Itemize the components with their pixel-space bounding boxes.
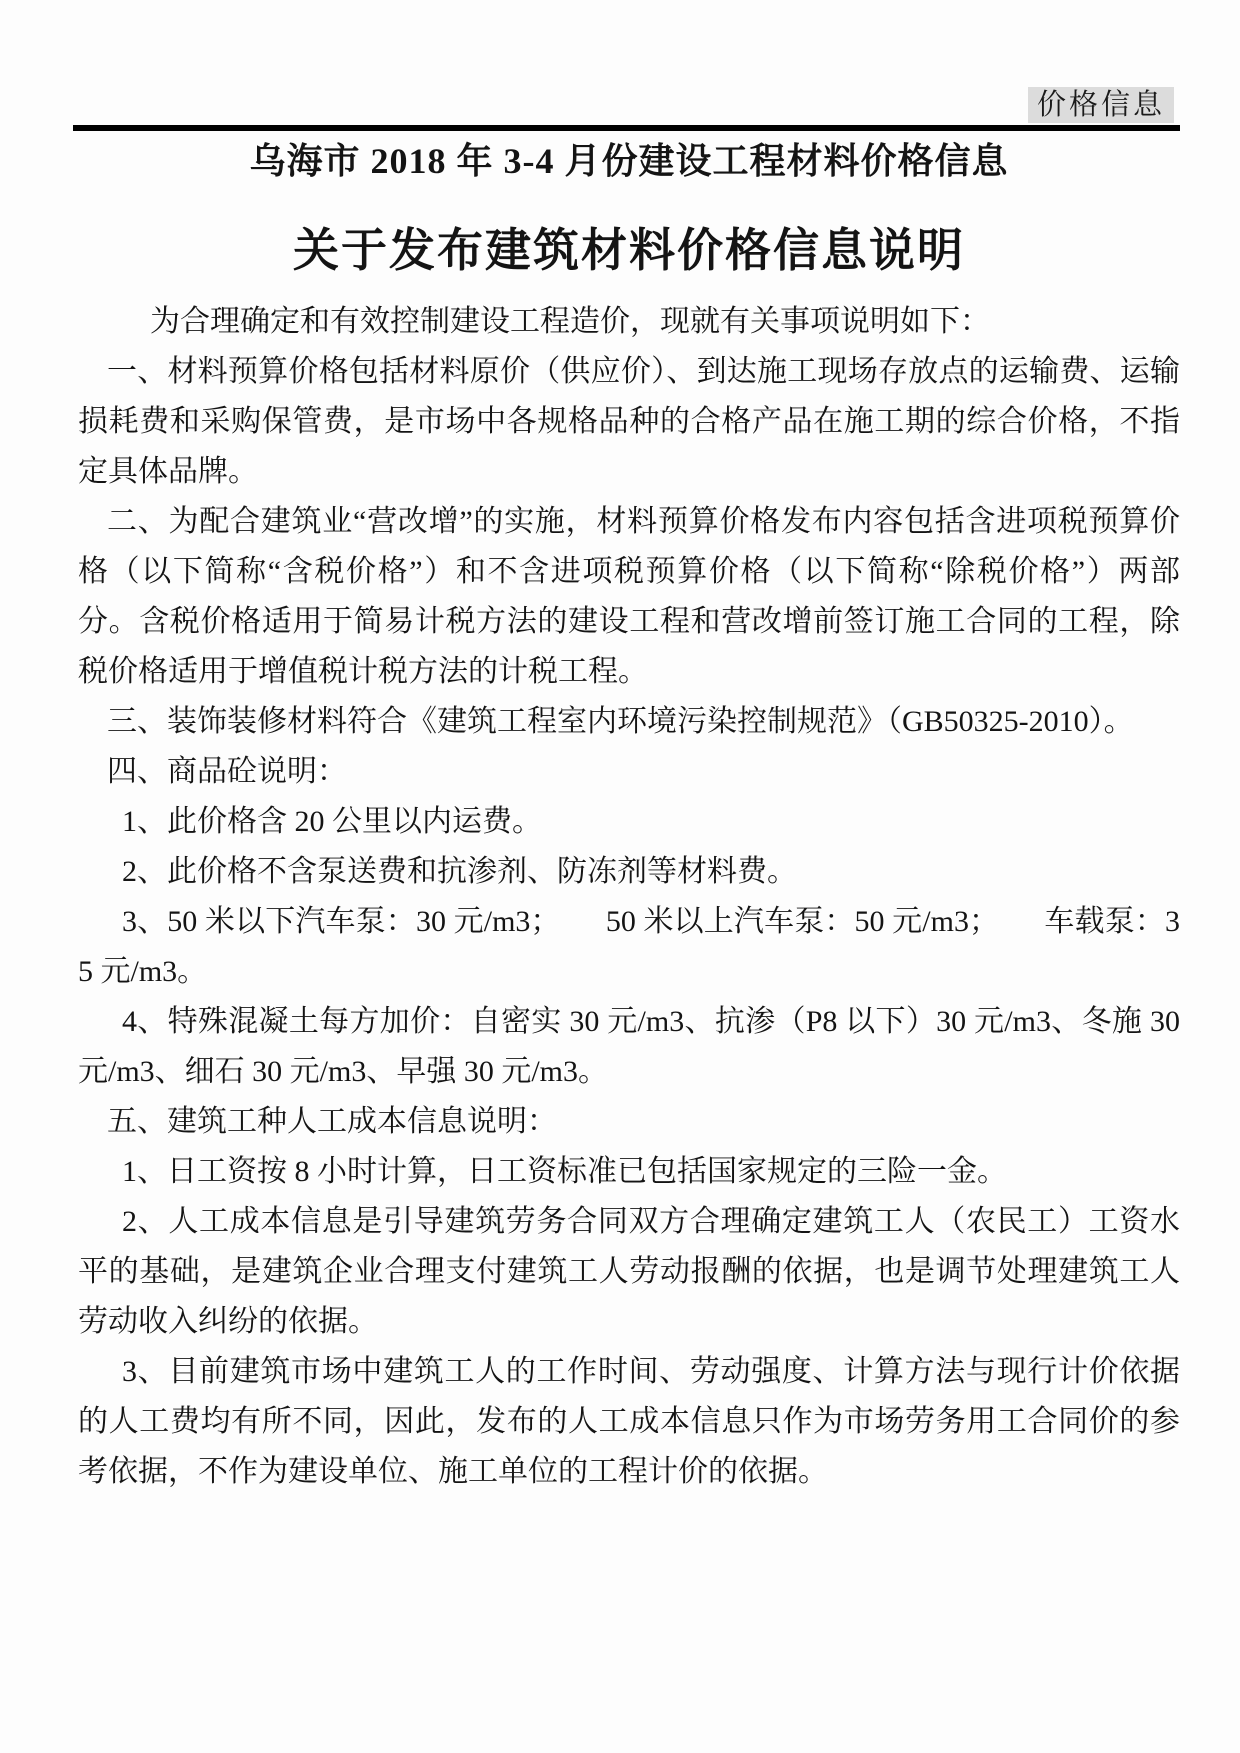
paragraph-section-4-item-1: 1、此价格含 20 公里以内运费。 — [78, 797, 1180, 847]
price-info-tag: 价格信息 — [1028, 87, 1174, 123]
paragraph-section-2: 二、为配合建筑业“营改增”的实施，材料预算价格发布内容包括含进项税预算价格（以下… — [78, 497, 1180, 697]
document-content: 乌海市 2018 年 3-4 月份建设工程材料价格信息 关于发布建筑材料价格信息… — [78, 138, 1180, 1497]
paragraph-section-1: 一、材料预算价格包括材料原价（供应价）、到达施工现场存放点的运输费、运输损耗费和… — [78, 347, 1180, 497]
notice-title: 关于发布建筑材料价格信息说明 — [78, 225, 1180, 277]
paragraph-section-4: 四、商品砼说明： — [78, 747, 1180, 797]
paragraph-section-5-item-1: 1、日工资按 8 小时计算，日工资标准已包括国家规定的三险一金。 — [78, 1147, 1180, 1197]
paragraph-section-5-item-3: 3、目前建筑市场中建筑工人的工作时间、劳动强度、计算方法与现行计价依据的人工费均… — [78, 1347, 1180, 1497]
paragraph-section-5-item-2: 2、人工成本信息是引导建筑劳务合同双方合理确定建筑工人（农民工）工资水平的基础，… — [78, 1197, 1180, 1347]
paragraph-section-4-item-4: 4、特殊混凝土每方加价：自密实 30 元/m3、抗渗（P8 以下）30 元/m3… — [78, 997, 1180, 1097]
paragraph-section-3: 三、装饰装修材料符合《建筑工程室内环境污染控制规范》（GB50325-2010）… — [78, 697, 1180, 747]
document-page: 价格信息 乌海市 2018 年 3-4 月份建设工程材料价格信息 关于发布建筑材… — [0, 0, 1240, 1753]
notice-body: 为合理确定和有效控制建设工程造价，现就有关事项说明如下： 一、材料预算价格包括材… — [78, 297, 1180, 1497]
paragraph-section-5: 五、建筑工种人工成本信息说明： — [78, 1097, 1180, 1147]
document-title: 乌海市 2018 年 3-4 月份建设工程材料价格信息 — [78, 138, 1180, 184]
intro-paragraph: 为合理确定和有效控制建设工程造价，现就有关事项说明如下： — [78, 297, 1180, 347]
paragraph-section-4-item-2: 2、此价格不含泵送费和抗渗剂、防冻剂等材料费。 — [78, 847, 1180, 897]
header-divider-rule — [73, 125, 1180, 131]
paragraph-section-4-item-3: 3、50 米以下汽车泵：30 元/m3； 50 米以上汽车泵：50 元/m3； … — [78, 897, 1180, 997]
